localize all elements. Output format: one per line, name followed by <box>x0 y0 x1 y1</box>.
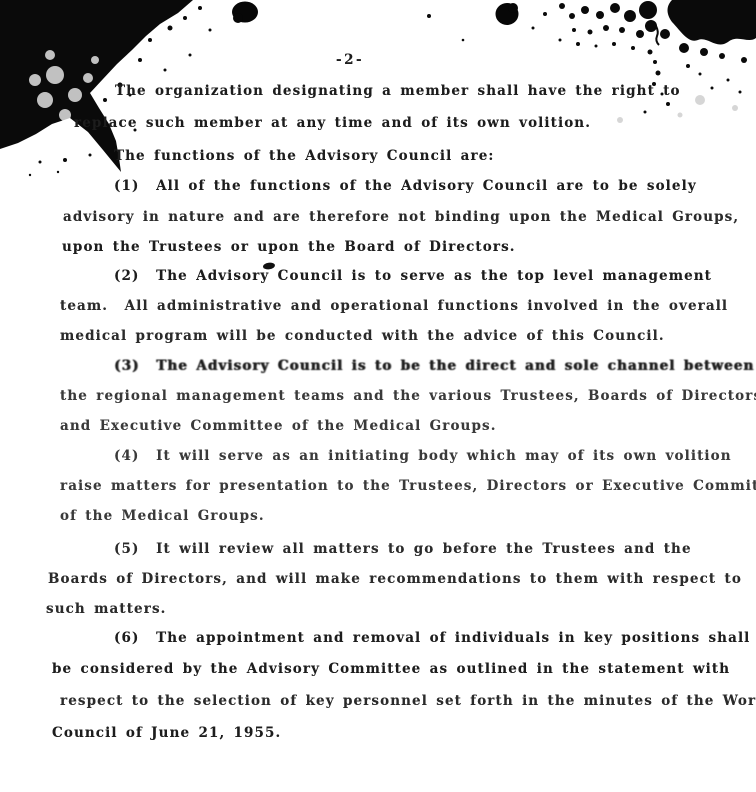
document-line: replace such member at any time and of i… <box>74 116 591 131</box>
document-line: The organization designating a member sh… <box>115 84 681 99</box>
document-line: (5) It will review all matters to go bef… <box>114 542 692 557</box>
document-line: (4) It will serve as an initiating body … <box>114 449 732 464</box>
document-line: upon the Trustees or upon the Board of D… <box>62 240 516 255</box>
scanned-page: -2- The organization designating a membe… <box>0 0 756 792</box>
document-line: The functions of the Advisory Council ar… <box>114 149 494 164</box>
document-line: (2) The Advisory Council is to serve as … <box>114 269 712 284</box>
document-line: advisory in nature and are therefore not… <box>63 210 739 225</box>
document-line: raise matters for presentation to the Tr… <box>60 479 756 494</box>
top-edge-scan-noise-icon <box>427 0 756 123</box>
document-line: and Executive Committee of the Medical G… <box>60 419 497 434</box>
document-line: such matters. <box>46 602 166 617</box>
document-line: be considered by the Advisory Committee … <box>52 662 730 677</box>
left-ink-dot-icon <box>232 2 258 24</box>
page-number: -2- <box>336 53 364 68</box>
document-line: (1) All of the functions of the Advisory… <box>114 179 697 194</box>
document-line: Boards of Directors, and will make recom… <box>48 572 742 587</box>
document-line: of the Medical Groups. <box>60 509 265 524</box>
document-line: (3) The Advisory Council is to be the di… <box>114 359 754 374</box>
document-line: Council of June 21, 1955. <box>52 726 281 741</box>
right-ink-dot-icon <box>496 3 519 25</box>
document-line: the regional management teams and the va… <box>60 389 756 404</box>
document-line: respect to the selection of key personne… <box>60 694 756 709</box>
document-line: (6) The appointment and removal of indiv… <box>114 631 750 646</box>
document-line: medical program will be conducted with t… <box>60 329 665 344</box>
document-line: team. All administrative and operational… <box>60 299 728 314</box>
